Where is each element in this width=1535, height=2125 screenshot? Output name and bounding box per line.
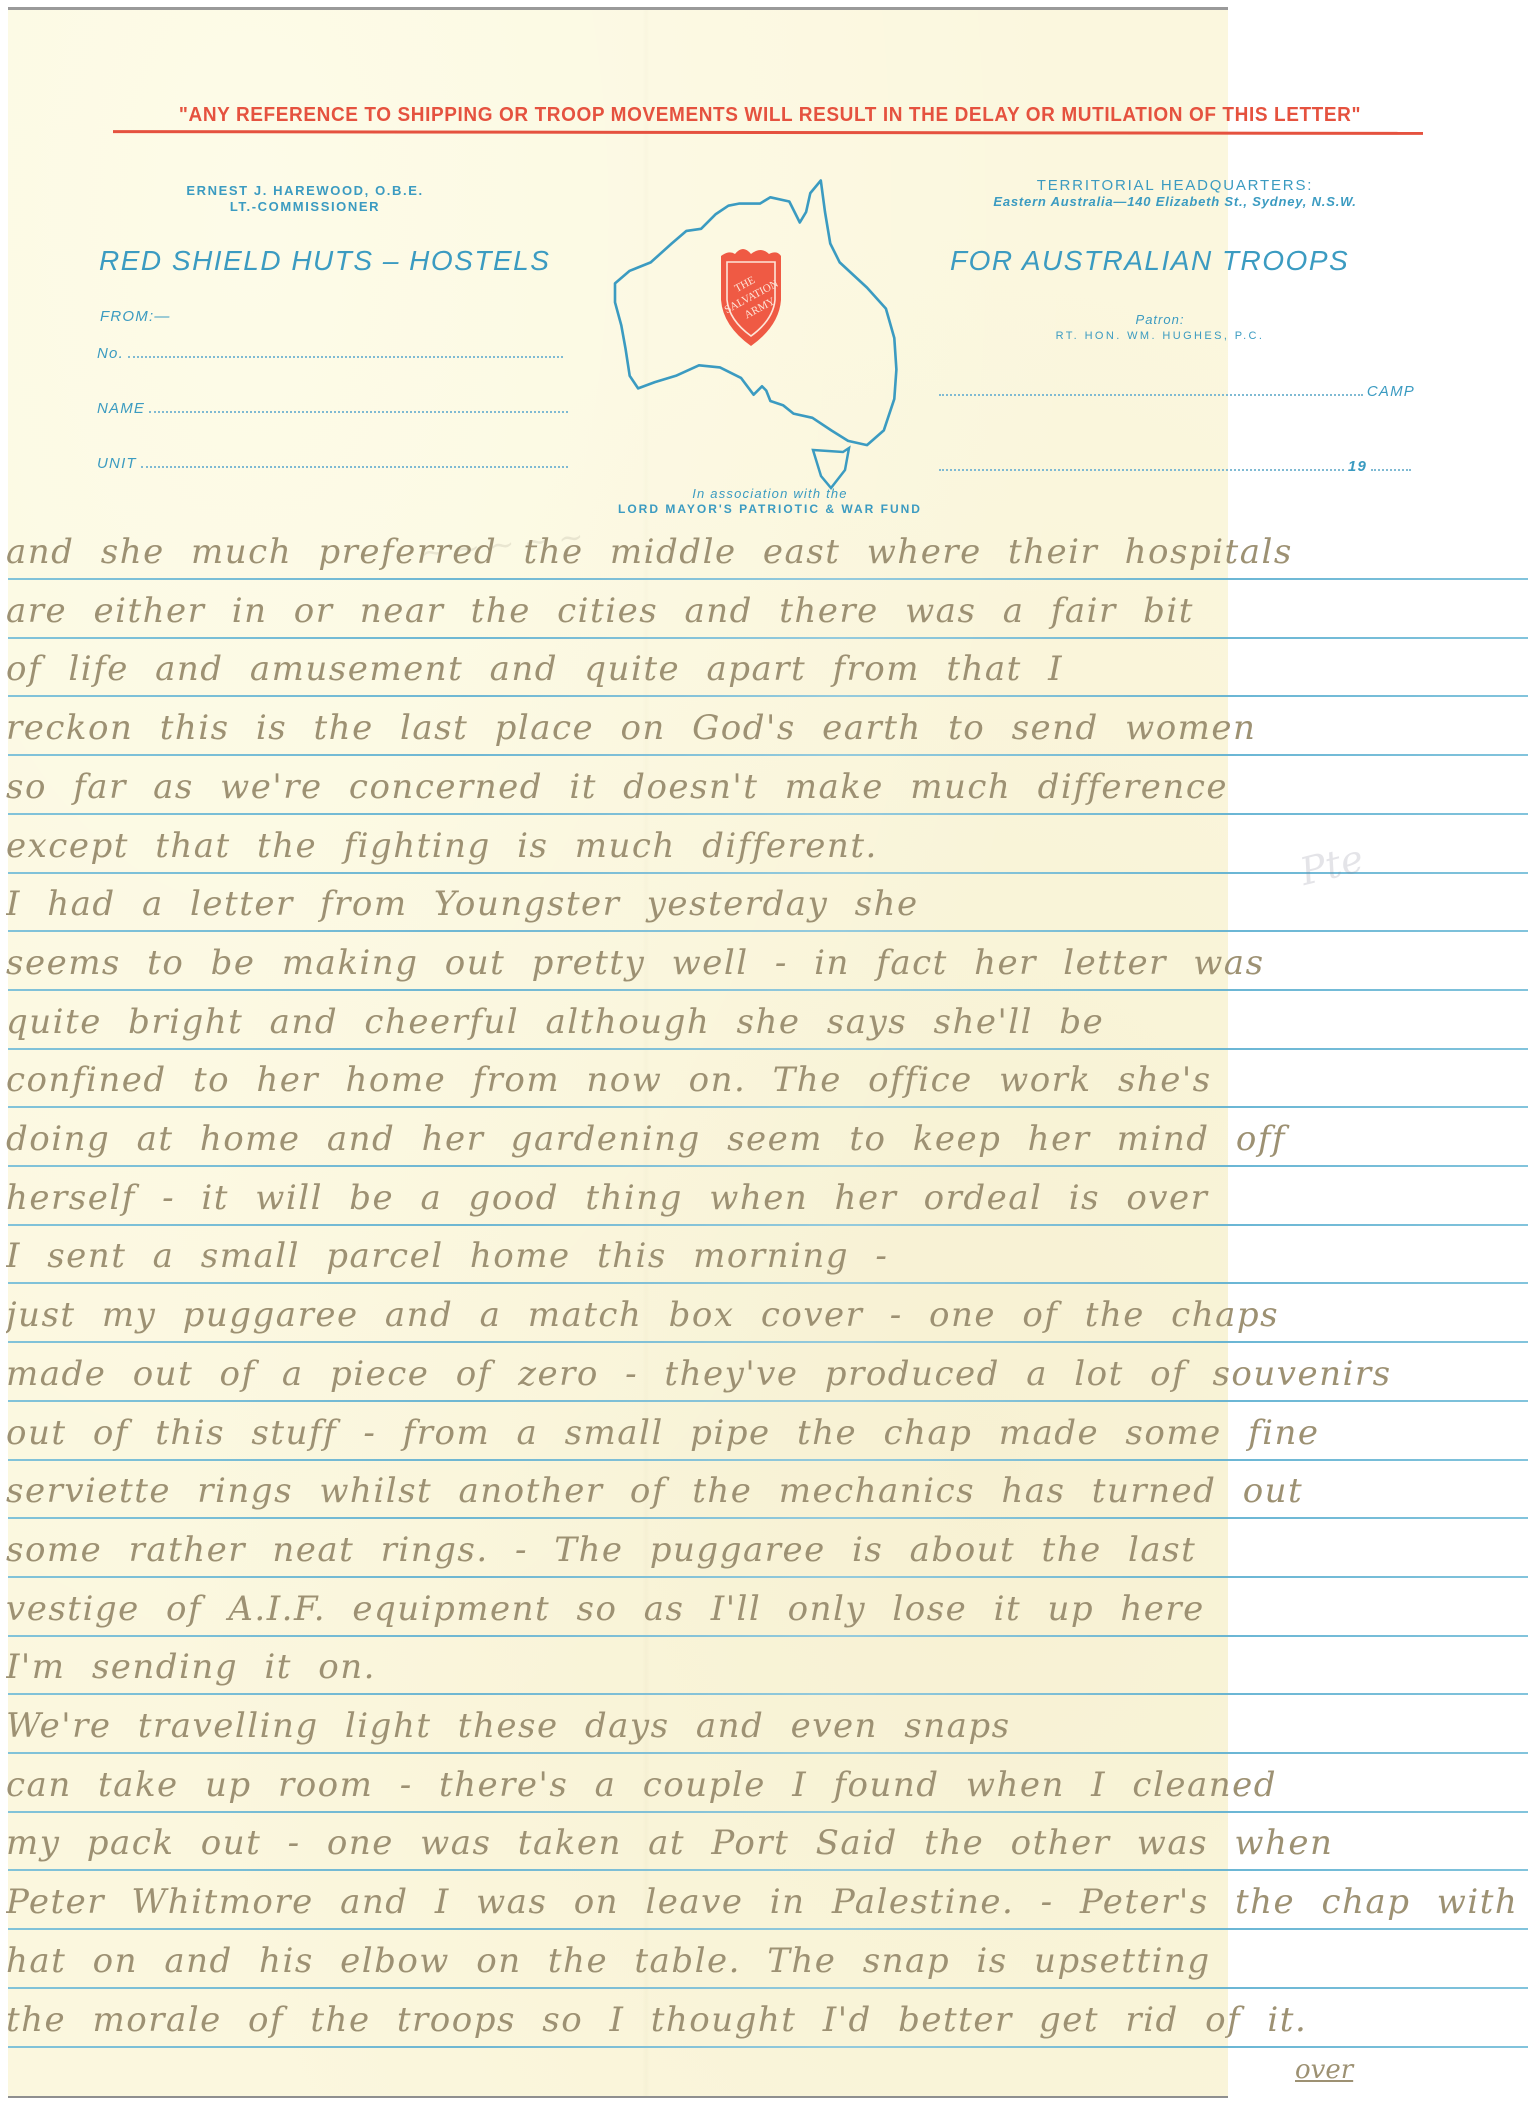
number-label: No. xyxy=(97,345,124,362)
ruled-line xyxy=(8,2046,1528,2048)
handwritten-line: some rather neat rings. - The puggaree i… xyxy=(6,1530,1521,1570)
handwritten-line: except that the fighting is much differe… xyxy=(6,826,1521,866)
ruled-line xyxy=(8,1869,1528,1871)
handwritten-line: I sent a small parcel home this morning … xyxy=(6,1236,1521,1276)
handwritten-line: vestige of A.I.F. equipment so as I'll o… xyxy=(6,1589,1521,1629)
date-input-line[interactable] xyxy=(939,469,1344,471)
australia-map-icon: THE SALVATION ARMY xyxy=(575,152,955,492)
number-input-line[interactable] xyxy=(128,356,563,358)
handwritten-line: and she much preferred the middle east w… xyxy=(6,532,1521,572)
handwritten-line: I'm sending it on. xyxy=(6,1647,1521,1687)
handwritten-line: are either in or near the cities and the… xyxy=(6,591,1521,631)
tasmania-outline xyxy=(813,448,849,488)
handwritten-line: doing at home and her gardening seem to … xyxy=(6,1119,1521,1159)
handwritten-line: hat on and his elbow on the table. The s… xyxy=(6,1941,1521,1981)
name-label: NAME xyxy=(97,400,145,417)
name-field[interactable]: NAME xyxy=(97,400,572,417)
name-input-line[interactable] xyxy=(149,411,568,413)
ruled-line xyxy=(8,1400,1528,1402)
ruled-line xyxy=(8,695,1528,697)
number-field[interactable]: No. xyxy=(97,345,567,362)
patron-label: Patron: xyxy=(990,312,1330,327)
ruled-line xyxy=(8,1752,1528,1754)
ruled-line xyxy=(8,1341,1528,1343)
handwritten-line: Peter Whitmore and I was on leave in Pal… xyxy=(6,1882,1521,1922)
salvation-army-shield-icon: THE SALVATION ARMY xyxy=(721,249,781,346)
ruled-line xyxy=(8,637,1528,639)
patron-block: Patron: RT. HON. WM. HUGHES, P.C. xyxy=(990,312,1330,342)
handwritten-line: of life and amusement and quite apart fr… xyxy=(6,649,1521,689)
commissioner-name: ERNEST J. HAREWOOD, O.B.E. xyxy=(170,183,440,199)
ruled-line xyxy=(8,1635,1528,1637)
association-note: In association with the LORD MAYOR'S PAT… xyxy=(560,486,980,516)
unit-field[interactable]: UNIT xyxy=(97,455,572,472)
handwritten-line: the morale of the troops so I thought I'… xyxy=(6,2000,1521,2040)
association-line-1: In association with the xyxy=(560,486,980,501)
letterhead-title-right: FOR AUSTRALIAN TROOPS xyxy=(950,245,1349,277)
unit-label: UNIT xyxy=(97,455,137,472)
date-year-line[interactable] xyxy=(1371,469,1411,471)
handwritten-line: out of this stuff - from a small pipe th… xyxy=(6,1413,1521,1453)
handwritten-line: made out of a piece of zero - they've pr… xyxy=(6,1354,1521,1394)
hq-address: Eastern Australia—140 Elizabeth St., Syd… xyxy=(925,194,1425,210)
handwritten-line: serviette rings whilst another of the me… xyxy=(6,1471,1521,1511)
ruled-line xyxy=(8,813,1528,815)
unit-input-line[interactable] xyxy=(141,466,568,468)
handwritten-line: reckon this is the last place on God's e… xyxy=(6,708,1521,748)
ruled-line xyxy=(8,1928,1528,1930)
censorship-warning: "ANY REFERENCE TO SHIPPING OR TROOP MOVE… xyxy=(110,104,1430,127)
date-field[interactable]: 19 xyxy=(935,458,1415,475)
letterhead-title-left: RED SHIELD HUTS – HOSTELS xyxy=(99,245,550,277)
ruled-line xyxy=(8,989,1528,991)
ruled-line xyxy=(8,1693,1528,1695)
ruled-line xyxy=(8,1576,1528,1578)
handwritten-line: quite bright and cheerful although she s… xyxy=(6,1002,1521,1042)
date-year-prefix: 19 xyxy=(1348,458,1367,475)
handwritten-line: We're travelling light these days and ev… xyxy=(6,1706,1521,1746)
patron-name: RT. HON. WM. HUGHES, P.C. xyxy=(990,330,1330,342)
handwritten-line: my pack out - one was taken at Port Said… xyxy=(6,1823,1521,1863)
from-label: FROM:— xyxy=(100,308,171,325)
handwritten-line: can take up room - there's a couple I fo… xyxy=(6,1765,1521,1805)
ruled-line xyxy=(8,1106,1528,1108)
handwritten-line: just my puggaree and a match box cover -… xyxy=(6,1295,1521,1335)
association-line-2: LORD MAYOR'S PATRIOTIC & WAR FUND xyxy=(560,502,980,516)
hq-title: TERRITORIAL HEADQUARTERS: xyxy=(925,178,1425,194)
handwritten-line: confined to her home from now on. The of… xyxy=(6,1060,1521,1100)
headquarters-block: TERRITORIAL HEADQUARTERS: Eastern Austra… xyxy=(925,178,1425,210)
ruled-line xyxy=(8,1165,1528,1167)
ruled-line xyxy=(8,1224,1528,1226)
handwritten-line: herself - it will be a good thing when h… xyxy=(6,1178,1521,1218)
ruled-line xyxy=(8,578,1528,580)
page-turn-note: over xyxy=(1295,2055,1353,2085)
ruled-line xyxy=(8,1811,1528,1813)
ruled-line xyxy=(8,1987,1528,1989)
ruled-line xyxy=(8,1459,1528,1461)
handwritten-line: seems to be making out pretty well - in … xyxy=(6,943,1521,983)
ruled-line xyxy=(8,1517,1528,1519)
handwritten-line: I had a letter from Youngster yesterday … xyxy=(6,884,1521,924)
ruled-line xyxy=(8,1282,1528,1284)
ruled-line xyxy=(8,1048,1528,1050)
camp-label: CAMP xyxy=(1367,383,1415,400)
commissioner-block: ERNEST J. HAREWOOD, O.B.E. LT.-COMMISSIO… xyxy=(170,183,440,215)
ruled-line xyxy=(8,930,1528,932)
camp-input-line[interactable] xyxy=(939,394,1363,396)
ruled-line xyxy=(8,754,1528,756)
camp-field[interactable]: CAMP xyxy=(935,383,1415,400)
commissioner-title: LT.-COMMISSIONER xyxy=(170,199,440,215)
handwritten-line: so far as we're concerned it doesn't mak… xyxy=(6,767,1521,807)
